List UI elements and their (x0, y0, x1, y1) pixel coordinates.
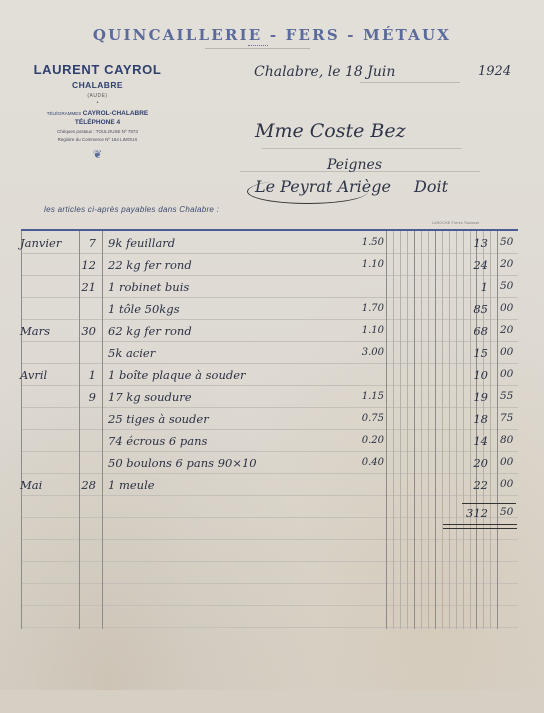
grid-fine-line (428, 231, 429, 629)
ledger-rule (21, 451, 518, 452)
invoice-year: 1924 (478, 64, 511, 79)
row-day: 28 (76, 478, 96, 492)
address-rule-1 (262, 148, 462, 149)
grid-fine-line (442, 231, 443, 629)
flourish-underline (247, 179, 368, 204)
row-amount: 19 (458, 390, 488, 404)
grid-fine-line (449, 231, 450, 629)
grid-fine-line (490, 231, 491, 629)
separator-dot: • (30, 100, 165, 106)
row-cents: 50 (500, 280, 513, 292)
ledger-rule (21, 275, 518, 276)
ledger-right-border (497, 231, 498, 629)
telegrams-label: Télégrammes (47, 111, 82, 116)
row-month: Avril (20, 368, 47, 382)
row-amount: 85 (458, 302, 488, 316)
ledger-rule (21, 297, 518, 298)
company-block: Laurent Cayrol CHALABRE (AUDE) • Télégra… (30, 62, 165, 161)
ledger-rule (21, 363, 518, 364)
trade-headline: QUINCAILLERIE - FERS - MÉTAUX (0, 26, 544, 44)
date-rule (360, 82, 460, 83)
total-double-rule (443, 528, 517, 529)
price-column-divider (414, 231, 415, 629)
row-amount: 1 (458, 280, 488, 294)
row-description: 17 kg soudure (108, 390, 192, 404)
row-unit-price: 1.10 (342, 259, 384, 270)
row-day: 21 (76, 280, 96, 294)
row-unit-price: 0.40 (342, 457, 384, 468)
row-month: Mai (20, 478, 42, 492)
row-cents: 00 (500, 368, 513, 380)
row-description: 62 kg fer rond (108, 324, 192, 338)
company-department: (AUDE) (30, 93, 165, 99)
ledger-rule (21, 407, 518, 408)
intro-text: les articles ci-après payables dans Chal… (44, 205, 219, 214)
row-amount: 15 (458, 346, 488, 360)
commerce-registry: Registre du Commerce Nº 164 LIMOUX (30, 137, 165, 142)
doit-label: Doit (414, 177, 448, 196)
row-cents: 50 (500, 236, 513, 248)
headline-ornament (248, 45, 268, 49)
total-cents: 50 (500, 506, 513, 518)
row-cents: 20 (500, 324, 513, 336)
row-cents: 00 (500, 456, 513, 468)
row-unit-price: 0.75 (342, 413, 384, 424)
telegrams-line: Télégrammes CAYROL-CHALABRE (30, 110, 165, 117)
row-day: 9 (76, 390, 96, 404)
row-description: 1 boîte plaque à souder (108, 368, 246, 382)
fleur-ornament-icon: ❦ (30, 148, 165, 161)
row-day: 30 (76, 324, 96, 338)
row-description: 9k feuillard (108, 236, 175, 250)
row-amount: 68 (458, 324, 488, 338)
row-description: 1 tôle 50kgs (108, 302, 180, 316)
ledger-rule (21, 473, 518, 474)
printer-mark: LAROCHE Frères Toulouse (432, 221, 480, 225)
paper-edge (0, 690, 544, 713)
company-phone: TÉLÉPHONE 4 (30, 119, 165, 126)
row-day: 1 (76, 368, 96, 382)
ledger-rule (21, 605, 518, 606)
total-double-rule (443, 524, 517, 525)
recipient-line2: Peignes (327, 157, 382, 173)
row-cents: 75 (500, 412, 513, 424)
amount-left-divider (435, 231, 436, 629)
row-amount: 10 (458, 368, 488, 382)
row-month: Mars (20, 324, 50, 338)
ledger-rule (21, 561, 518, 562)
row-description: 50 boulons 6 pans 90×10 (108, 456, 257, 470)
row-unit-price: 1.10 (342, 325, 384, 336)
row-cents: 80 (500, 434, 513, 446)
day-description-divider (102, 231, 103, 629)
row-cents: 00 (500, 478, 513, 490)
row-cents: 55 (500, 390, 513, 402)
row-unit-price: 1.50 (342, 237, 384, 248)
row-day: 7 (76, 236, 96, 250)
row-amount: 20 (458, 456, 488, 470)
invoice-date: Chalabre, le 18 Juin (254, 64, 395, 80)
row-amount: 18 (458, 412, 488, 426)
row-description: 1 robinet buis (108, 280, 189, 294)
total-amount: 312 (458, 506, 488, 520)
row-cents: 20 (500, 258, 513, 270)
company-name: Laurent Cayrol (30, 62, 165, 77)
grid-fine-line (393, 231, 394, 629)
grid-fine-line (400, 231, 401, 629)
total-rule (462, 503, 516, 504)
ledger-left-border (21, 231, 22, 629)
ledger-rule (21, 627, 518, 628)
row-cents: 00 (500, 346, 513, 358)
grid-fine-line (407, 231, 408, 629)
ledger-rule (21, 495, 518, 496)
row-amount: 13 (458, 236, 488, 250)
row-amount: 22 (458, 478, 488, 492)
row-amount: 24 (458, 258, 488, 272)
description-price-divider (386, 231, 387, 629)
row-unit-price: 0.20 (342, 435, 384, 446)
row-day: 12 (76, 258, 96, 272)
row-unit-price: 1.15 (342, 391, 384, 402)
ledger-top-rule (21, 229, 518, 231)
grid-fine-line (456, 231, 457, 629)
postal-cheques: Chèques postaux : TOULOUSE Nº 7973 (30, 129, 165, 134)
row-unit-price: 1.70 (342, 303, 384, 314)
company-city: CHALABRE (30, 80, 165, 90)
ledger-rule (21, 583, 518, 584)
row-description: 25 tiges à souder (108, 412, 209, 426)
ledger-rule (21, 429, 518, 430)
row-description: 22 kg fer rond (108, 258, 192, 272)
row-description: 74 écrous 6 pans (108, 434, 207, 448)
row-amount: 14 (458, 434, 488, 448)
grid-fine-line (421, 231, 422, 629)
recipient-name: Mme Coste Bez (255, 120, 406, 142)
ledger-rule (21, 539, 518, 540)
recipient-line3: Le Peyrat Ariège Doit (255, 177, 448, 196)
row-description: 1 meule (108, 478, 155, 492)
ledger-rule (21, 319, 518, 320)
ledger-rule (21, 517, 518, 518)
row-description: 5k acier (108, 346, 155, 360)
ledger-rule (21, 253, 518, 254)
ledger-rule (21, 385, 518, 386)
telegrams-value: CAYROL-CHALABRE (83, 110, 148, 117)
row-cents: 00 (500, 302, 513, 314)
row-month: Janvier (20, 236, 61, 250)
ledger-rule (21, 341, 518, 342)
row-unit-price: 3.00 (342, 347, 384, 358)
